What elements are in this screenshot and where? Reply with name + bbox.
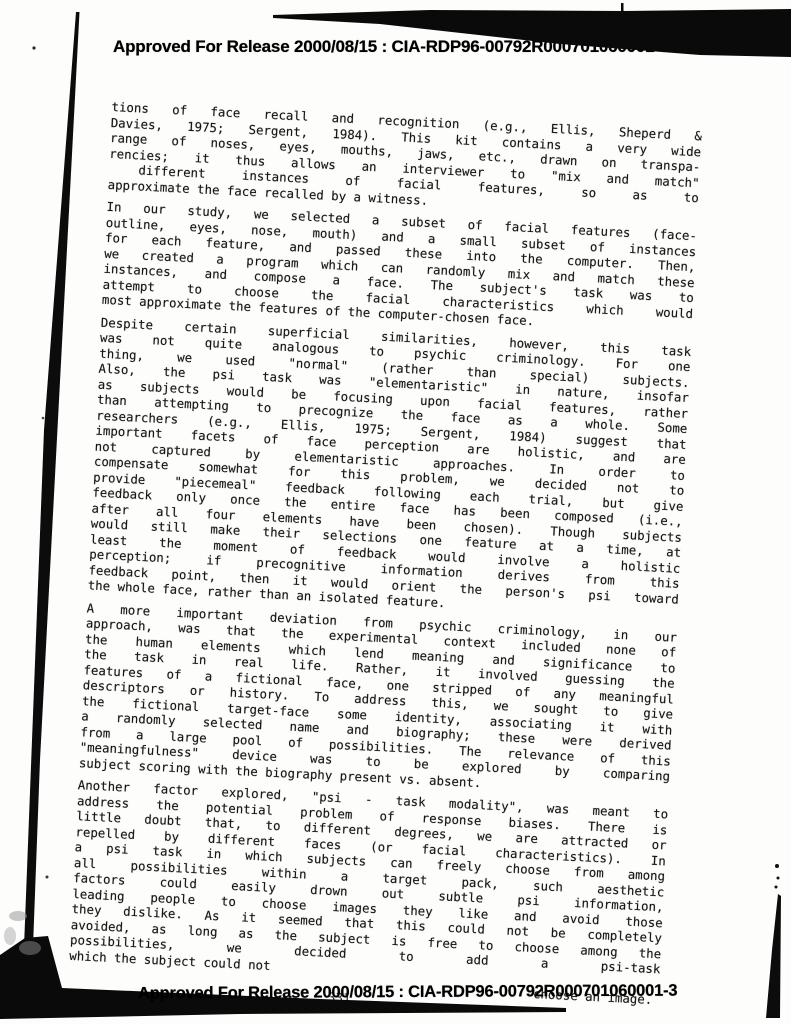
scan-speck-icon xyxy=(775,886,778,889)
header-release-stamp: Approved For Release 2000/08/15 : CIA-RD… xyxy=(113,37,669,57)
scan-artifact-top-tick-icon xyxy=(621,3,624,13)
scan-smudge-icon xyxy=(9,911,27,921)
paragraph: In our study, we selected a subset of fa… xyxy=(102,199,698,337)
paragraph: Another factor explored, "psi - task mod… xyxy=(68,777,668,1008)
scan-speck-icon xyxy=(46,876,49,879)
paragraph: Despite certain superficial similarities… xyxy=(87,314,691,622)
scan-speck-icon xyxy=(775,864,779,868)
footer-release-stamp: Approved For Release 2000/08/15 : CIA-RD… xyxy=(138,982,677,1004)
document-body: tions of face recall and recognition (e.… xyxy=(68,99,702,1015)
scan-artifact-left-edge-line-icon xyxy=(24,12,80,947)
scan-smudge-icon xyxy=(4,927,16,945)
paragraph: A more important deviation from psychic … xyxy=(79,600,678,800)
scanned-document-page: Approved For Release 2000/08/15 : CIA-RD… xyxy=(0,0,791,1024)
scan-speck-icon xyxy=(42,417,45,420)
scan-speck-icon xyxy=(777,877,780,880)
scan-smudge-icon xyxy=(19,941,41,955)
scan-speck-icon xyxy=(32,46,35,49)
scan-artifact-right-edge-mark-icon xyxy=(766,894,781,1018)
